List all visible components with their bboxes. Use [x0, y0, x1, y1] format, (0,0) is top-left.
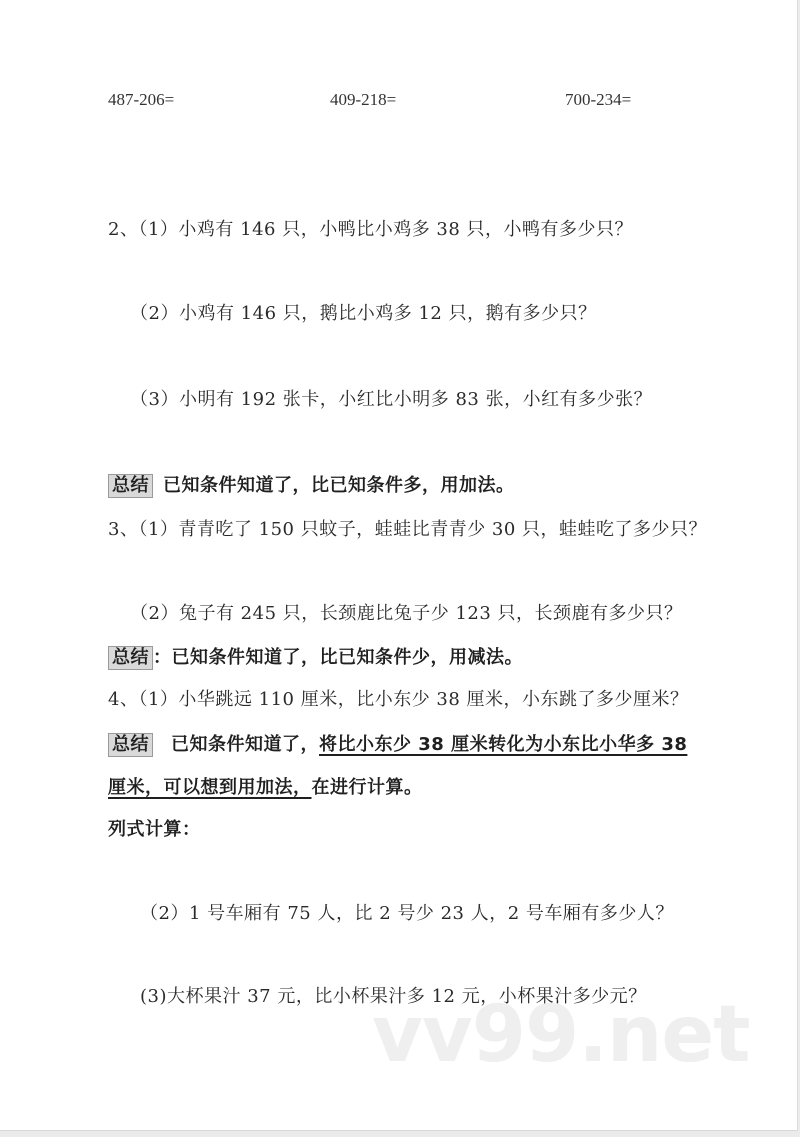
summary-3-line-1: 总结已知条件知道了，将比小东少 38 厘米转化为小东比小华多 38 [108, 733, 687, 757]
question-2-2: （2）小鸡有 146 只，鹅比小鸡多 12 只，鹅有多少只？ [130, 302, 597, 326]
summary-text: 已知条件知道了，比已知条件多，用加法。 [163, 475, 515, 496]
question-3-2: （2）兔子有 245 只，长颈鹿比兔子少 123 只，长颈鹿有多少只？ [130, 602, 683, 626]
summary-tag: 总结 [108, 474, 153, 498]
summary-text: 已知条件知道了，比已知条件少，用减法。 [172, 647, 524, 668]
question-2-1: 2、（1）小鸡有 146 只，小鸭比小鸡多 38 只，小鸭有多少只？ [108, 218, 633, 242]
summary-tag: 总结 [108, 646, 153, 670]
watermark: vv99.net [372, 995, 750, 1075]
summary-2: 总结：已知条件知道了，比已知条件少，用减法。 [108, 646, 523, 670]
question-3-1: 3、（1）青青吃了 150 只蚊子，蛙蛙比青青少 30 只，蛙蛙吃了多少只？ [108, 518, 707, 542]
summary-3-line-2: 厘米，可以想到用加法，在进行计算。 [108, 776, 423, 800]
summary-colon: ： [153, 647, 172, 668]
question-list-2: （2）1 号车厢有 75 人，比 2 号少 23 人，2 号车厢有多少人？ [140, 902, 674, 926]
question-2-3: （3）小明有 192 张卡，小红比小明多 83 张，小红有多少张？ [130, 388, 652, 412]
summary-lead: 已知条件知道了， [171, 734, 319, 755]
document-page: 487-206= 409-218= 700-234= 2、（1）小鸡有 146 … [0, 0, 798, 1131]
summary-tag: 总结 [108, 733, 153, 757]
summary-tail: 在进行计算。 [312, 777, 423, 798]
summary-1: 总结已知条件知道了，比已知条件多，用加法。 [108, 474, 515, 498]
summary-underlined-1: 将比小东少 38 厘米转化为小东比小华多 38 [319, 734, 687, 755]
calculation-2: 409-218= [330, 88, 396, 112]
calculation-3: 700-234= [565, 88, 631, 112]
section-label: 列式计算： [108, 818, 201, 842]
question-4-1: 4、（1）小华跳远 110 厘米，比小东少 38 厘米，小东跳了多少厘米？ [108, 688, 689, 712]
summary-underlined-2: 厘米，可以想到用加法， [108, 777, 312, 798]
calculation-1: 487-206= [108, 88, 174, 112]
